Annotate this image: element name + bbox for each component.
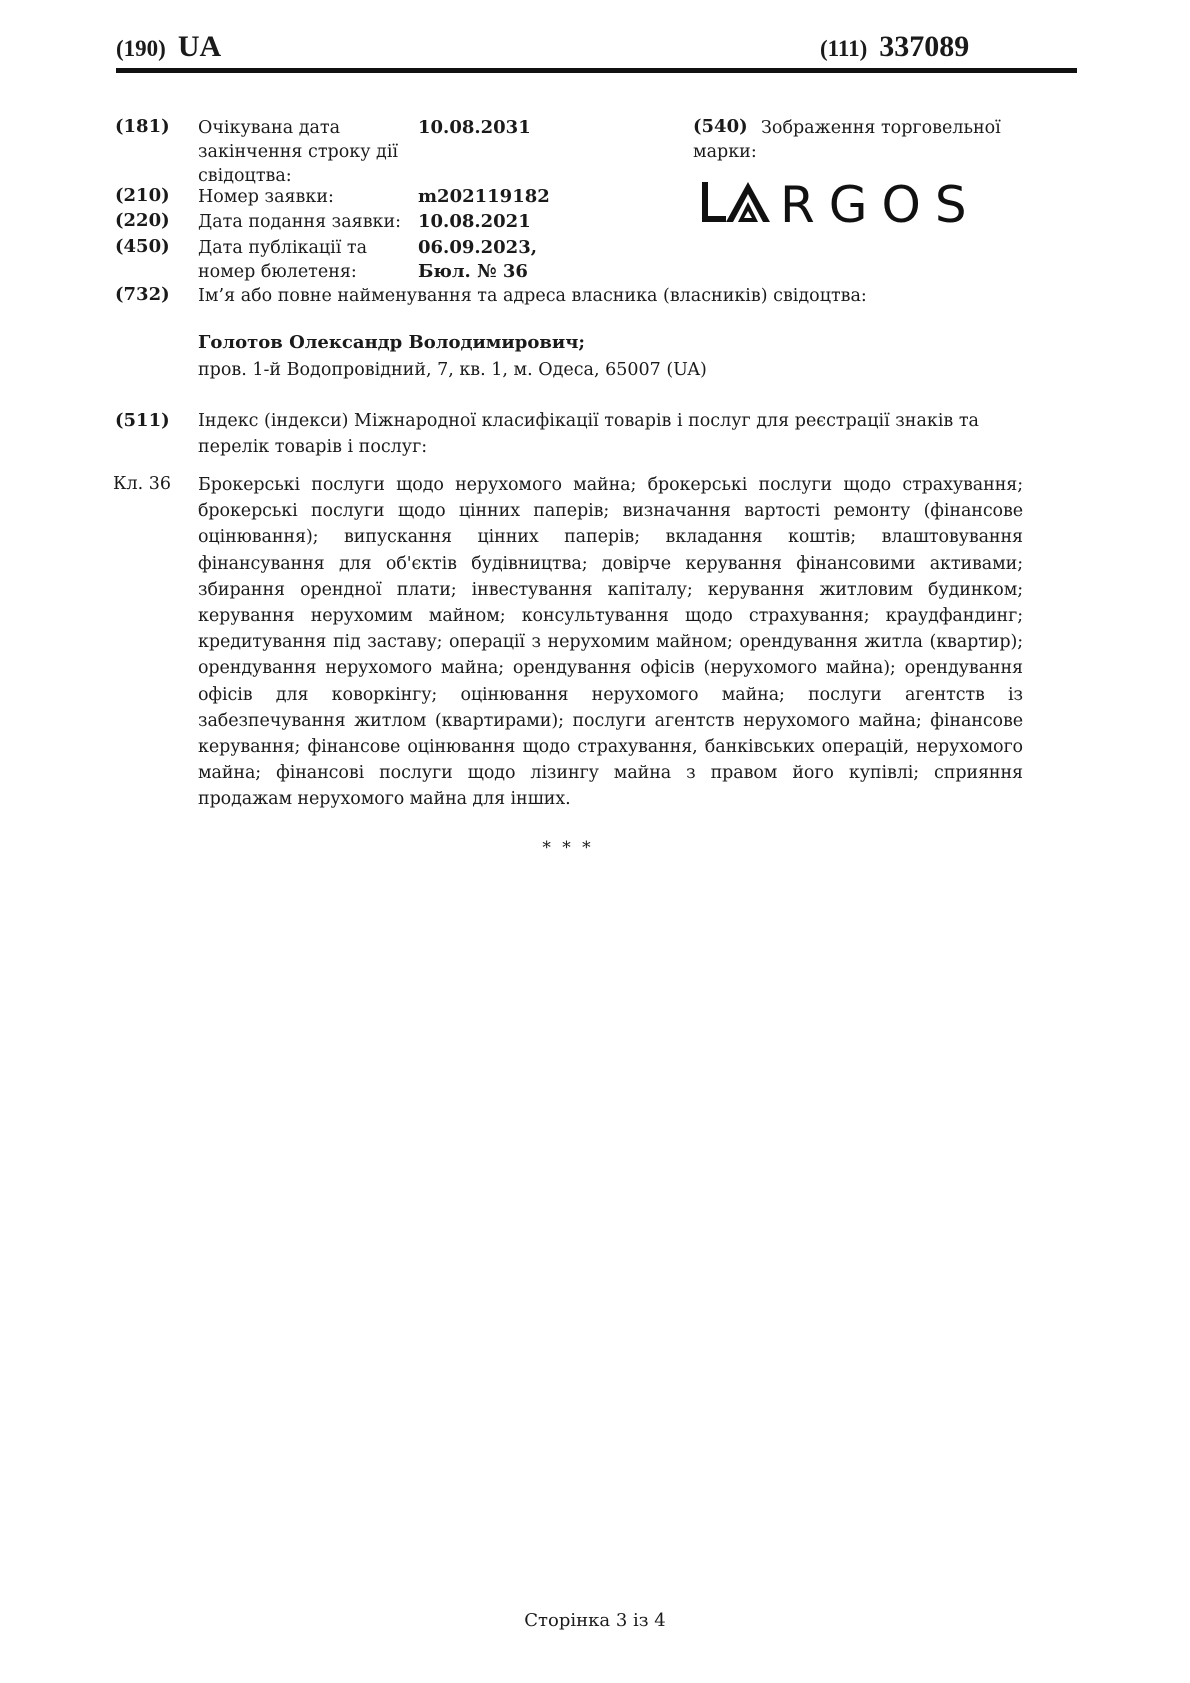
field-code-220: (220) xyxy=(115,210,170,231)
field-label-publication: Дата публікації та номер бюлетеня: xyxy=(198,236,388,284)
classification-code: (511) xyxy=(115,410,170,431)
field-code-210: (210) xyxy=(115,185,170,206)
registration-number-block: (111) 337089 xyxy=(820,30,969,64)
svg-text:RGOS: RGOS xyxy=(780,178,970,228)
class-number: Кл. 36 xyxy=(113,474,171,494)
owner-label: Ім’я або повне найменування та адреса вл… xyxy=(198,283,1023,309)
owner-name: Голотов Олександр Володимирович; xyxy=(198,332,585,353)
country-block: (190) UA xyxy=(116,30,221,64)
header-divider xyxy=(116,68,1077,73)
country: UA xyxy=(178,30,221,63)
page-number: Сторінка 3 із 4 xyxy=(0,1610,1190,1631)
registration-number: 337089 xyxy=(879,30,969,63)
number-code: (111) xyxy=(820,36,867,61)
largos-logo-icon: RGOS xyxy=(700,178,970,228)
field-value-application-number: m202119182 xyxy=(418,185,550,209)
trademark-logo: RGOS xyxy=(700,178,970,232)
field-label-expiry: Очікувана дата закінчення строку дії сві… xyxy=(198,116,408,188)
owner-address: пров. 1-й Водопровідний, 7, кв. 1, м. Од… xyxy=(198,360,707,380)
document-header: (190) UA (111) 337089 xyxy=(116,30,1077,70)
field-value-expiry: 10.08.2031 xyxy=(418,116,531,140)
field-value-publication-date: 06.09.2023, xyxy=(418,236,537,260)
classification-label: Індекс (індекси) Міжнародної класифікаці… xyxy=(198,408,1023,460)
field-value-bulletin: Бюл. № 36 xyxy=(418,260,528,284)
class-services-list: Брокерські послуги щодо нерухомого майна… xyxy=(198,472,1023,813)
owner-code: (732) xyxy=(115,284,170,305)
field-code-450: (450) xyxy=(115,236,170,257)
field-code-181: (181) xyxy=(115,116,170,137)
field-label-filing-date: Дата подання заявки: xyxy=(198,210,418,234)
field-value-filing-date: 10.08.2021 xyxy=(418,210,531,234)
end-separator: * * * xyxy=(0,838,1136,858)
field-label-application-number: Номер заявки: xyxy=(198,185,418,209)
trademark-label: Зображення торговельної марки: xyxy=(693,116,1023,164)
country-code: (190) xyxy=(116,36,166,61)
